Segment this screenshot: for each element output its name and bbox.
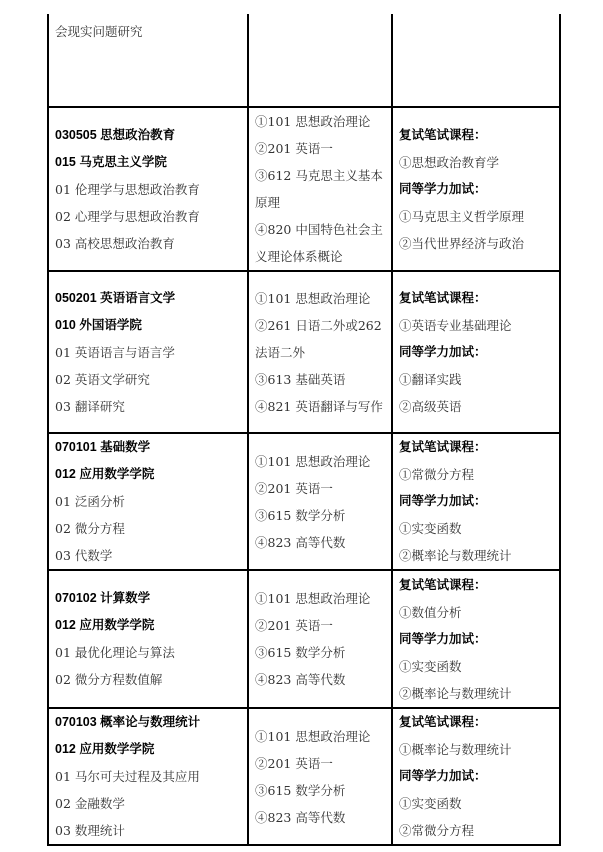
retest-label: 复试笔试课程： (399, 572, 553, 599)
extra-item: ①实变函数 (399, 653, 553, 680)
major-code-name: 030505 思想政治教育 (55, 122, 241, 149)
major-cell: 030505 思想政治教育 015 马克思主义学院 01 伦理学与思想政治教育 … (48, 107, 248, 271)
direction-item: 02 英语文学研究 (55, 366, 241, 393)
retest-item: ①数值分析 (399, 599, 553, 626)
direction-item: 02 微分方程数值解 (55, 666, 241, 693)
extra-item: ①马克思主义哲学原理 (399, 203, 553, 230)
college-name: 012 应用数学学院 (55, 736, 241, 763)
major-code-name: 070101 基础数学 (55, 434, 241, 461)
direction-item: 03 代数学 (55, 542, 241, 569)
retest-cell: 复试笔试课程： ①英语专业基础理论 同等学力加试： ①翻译实践 ②高级英语 (392, 271, 560, 433)
exam-item: ④823 高等代数 (255, 666, 385, 693)
retest-item: ①常微分方程 (399, 461, 553, 488)
direction-item: 02 金融数学 (55, 790, 241, 817)
exam-cell: ①101 思想政治理论 ②201 英语一 ③615 数学分析 ④823 高等代数 (248, 570, 392, 708)
direction-item: 会现实问题研究 (55, 18, 241, 45)
direction-item: 01 最优化理论与算法 (55, 639, 241, 666)
extra-item: ②高级英语 (399, 393, 553, 420)
exam-cell: ①101 思想政治理论 ②201 英语一 ③612 马克思主义基本原理 ④820… (248, 107, 392, 271)
major-code-name: 070102 计算数学 (55, 585, 241, 612)
exam-cell: ①101 思想政治理论 ②201 英语一 ③615 数学分析 ④823 高等代数 (248, 708, 392, 845)
exam-item: ①101 思想政治理论 (255, 285, 385, 312)
table-row: 070102 计算数学 012 应用数学学院 01 最优化理论与算法 02 微分… (48, 570, 560, 708)
exam-item: ④820 中国特色社会主义理论体系概论 (255, 216, 385, 270)
retest-label: 复试笔试课程： (399, 122, 553, 149)
extra-exam-label: 同等学力加试： (399, 626, 553, 653)
exam-item: ②201 英语一 (255, 612, 385, 639)
table-row: 070103 概率论与数理统计 012 应用数学学院 01 马尔可夫过程及其应用… (48, 708, 560, 845)
extra-item: ②当代世界经济与政治 (399, 230, 553, 257)
retest-label: 复试笔试课程： (399, 285, 553, 312)
retest-cell: 复试笔试课程： ①思想政治教育学 同等学力加试： ①马克思主义哲学原理 ②当代世… (392, 107, 560, 271)
direction-item: 01 伦理学与思想政治教育 (55, 176, 241, 203)
exam-item: ③613 基础英语 (255, 366, 385, 393)
table-row: 030505 思想政治教育 015 马克思主义学院 01 伦理学与思想政治教育 … (48, 107, 560, 271)
exam-item: ②201 英语一 (255, 475, 385, 502)
retest-label: 复试笔试课程： (399, 434, 553, 461)
extra-item: ②概率论与数理统计 (399, 542, 553, 569)
exam-cell: ①101 思想政治理论 ②261 日语二外或262 法语二外 ③613 基础英语… (248, 271, 392, 433)
exam-item: ①101 思想政治理论 (255, 723, 385, 750)
extra-item: ①翻译实践 (399, 366, 553, 393)
admissions-table: 会现实问题研究 030505 思想政治教育 015 马克思主义学院 01 伦理学… (47, 14, 561, 846)
major-cell: 050201 英语语言文学 010 外国语学院 01 英语语言与语言学 02 英… (48, 271, 248, 433)
extra-exam-label: 同等学力加试： (399, 176, 553, 203)
college-name: 012 应用数学学院 (55, 461, 241, 488)
table-row: 070101 基础数学 012 应用数学学院 01 泛函分析 02 微分方程 0… (48, 433, 560, 570)
direction-item: 02 心理学与思想政治教育 (55, 203, 241, 230)
table-row: 会现实问题研究 (48, 14, 560, 107)
exam-item: ③615 数学分析 (255, 777, 385, 804)
major-cell: 会现实问题研究 (48, 14, 248, 107)
exam-item: ②261 日语二外或262 法语二外 (255, 312, 385, 366)
exam-item: ①101 思想政治理论 (255, 108, 385, 135)
exam-item: ③615 数学分析 (255, 639, 385, 666)
extra-item: ①实变函数 (399, 790, 553, 817)
exam-item: ②201 英语一 (255, 750, 385, 777)
exam-item: ④823 高等代数 (255, 529, 385, 556)
retest-label: 复试笔试课程： (399, 709, 553, 736)
major-code-name: 070103 概率论与数理统计 (55, 709, 241, 736)
retest-item: ①英语专业基础理论 (399, 312, 553, 339)
direction-item: 02 微分方程 (55, 515, 241, 542)
exam-item: ④821 英语翻译与写作 (255, 393, 385, 420)
exam-item: ①101 思想政治理论 (255, 448, 385, 475)
college-name: 012 应用数学学院 (55, 612, 241, 639)
extra-item: ①实变函数 (399, 515, 553, 542)
extra-item: ②常微分方程 (399, 817, 553, 844)
direction-item: 03 翻译研究 (55, 393, 241, 420)
exam-item: ③615 数学分析 (255, 502, 385, 529)
major-code-name: 050201 英语语言文学 (55, 285, 241, 312)
exam-item: ③612 马克思主义基本原理 (255, 162, 385, 216)
major-cell: 070101 基础数学 012 应用数学学院 01 泛函分析 02 微分方程 0… (48, 433, 248, 570)
retest-item: ①思想政治教育学 (399, 149, 553, 176)
table-row: 050201 英语语言文学 010 外国语学院 01 英语语言与语言学 02 英… (48, 271, 560, 433)
retest-cell: 复试笔试课程： ①概率论与数理统计 同等学力加试： ①实变函数 ②常微分方程 (392, 708, 560, 845)
direction-item: 01 泛函分析 (55, 488, 241, 515)
college-name: 015 马克思主义学院 (55, 149, 241, 176)
retest-cell (392, 14, 560, 107)
extra-exam-label: 同等学力加试： (399, 339, 553, 366)
exam-cell: ①101 思想政治理论 ②201 英语一 ③615 数学分析 ④823 高等代数 (248, 433, 392, 570)
direction-item: 03 高校思想政治教育 (55, 230, 241, 257)
retest-cell: 复试笔试课程： ①数值分析 同等学力加试： ①实变函数 ②概率论与数理统计 (392, 570, 560, 708)
direction-item: 01 马尔可夫过程及其应用 (55, 763, 241, 790)
retest-item: ①概率论与数理统计 (399, 736, 553, 763)
exam-item: ②201 英语一 (255, 135, 385, 162)
exam-item: ①101 思想政治理论 (255, 585, 385, 612)
direction-item: 03 数理统计 (55, 817, 241, 844)
extra-exam-label: 同等学力加试： (399, 488, 553, 515)
extra-item: ②概率论与数理统计 (399, 680, 553, 707)
exam-cell (248, 14, 392, 107)
retest-cell: 复试笔试课程： ①常微分方程 同等学力加试： ①实变函数 ②概率论与数理统计 (392, 433, 560, 570)
exam-item: ④823 高等代数 (255, 804, 385, 831)
direction-item: 01 英语语言与语言学 (55, 339, 241, 366)
major-cell: 070102 计算数学 012 应用数学学院 01 最优化理论与算法 02 微分… (48, 570, 248, 708)
college-name: 010 外国语学院 (55, 312, 241, 339)
extra-exam-label: 同等学力加试： (399, 763, 553, 790)
major-cell: 070103 概率论与数理统计 012 应用数学学院 01 马尔可夫过程及其应用… (48, 708, 248, 845)
